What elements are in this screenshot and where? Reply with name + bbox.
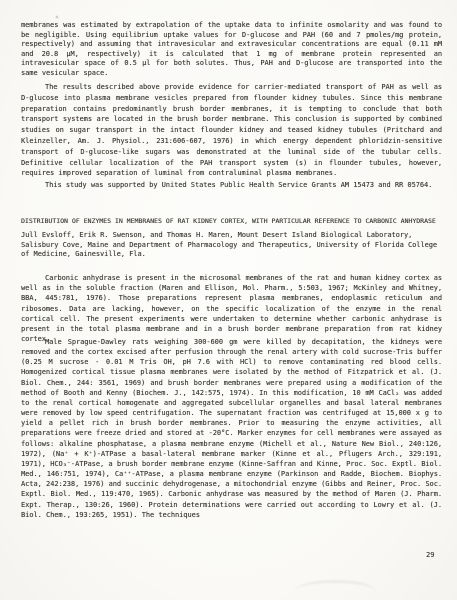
continuation-paragraph-results: The results described above provide evid…	[21, 82, 442, 179]
continuation-paragraph-methods: membranes was estimated by extrapolation…	[21, 21, 442, 79]
scan-speck-artifact	[56, 16, 58, 18]
scanned-abstract-page: membranes was estimated by extrapolation…	[0, 0, 457, 600]
abstract-authors: Jull Evsloff, Erik R. Swenson, and Thoma…	[21, 231, 442, 260]
abstract-paragraph-introduction: Carbonic anhydrase is present in the mic…	[21, 273, 442, 344]
page-number: 29	[426, 551, 434, 559]
scan-smudge-artifact	[295, 581, 375, 591]
abstract-paragraph-methods: Male Sprague-Dawley rats weighing 300-60…	[21, 337, 442, 520]
abstract-title: DISTRIBUTION OF ENZYMES IN MEMBRANES OF …	[21, 217, 442, 225]
acknowledgement-line: This study was supported by United State…	[21, 180, 442, 190]
